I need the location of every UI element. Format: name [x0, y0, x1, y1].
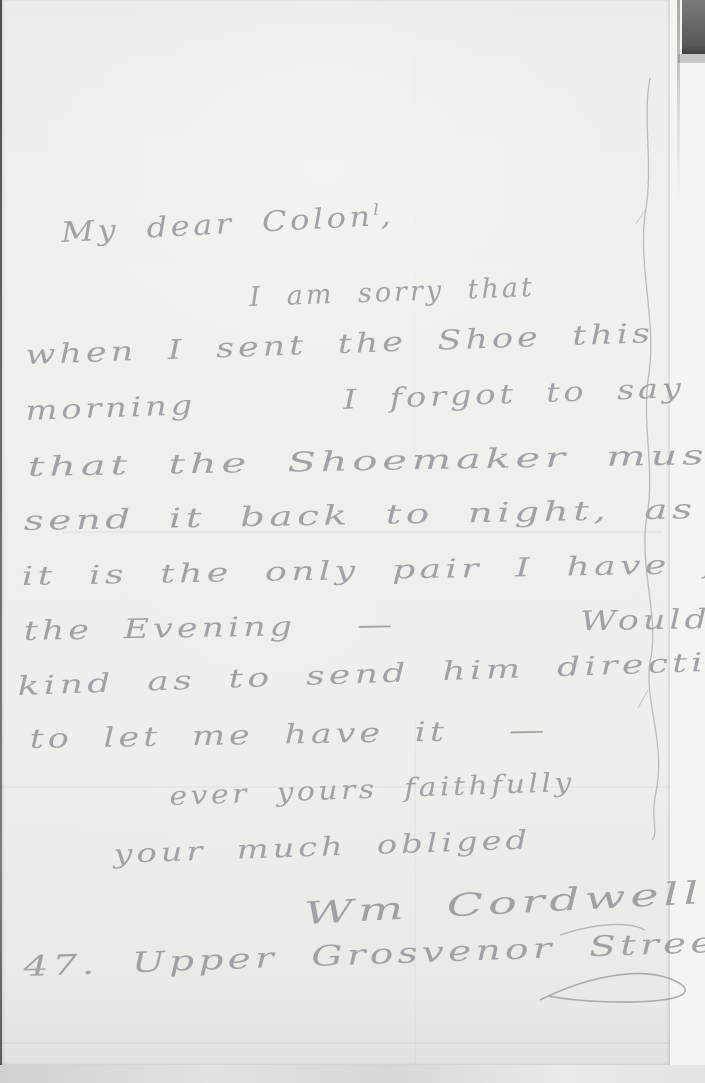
- scan-left-edge: [0, 0, 2, 1083]
- scanned-letter-page: My dear Colonl, I am sorry that when I s…: [0, 0, 705, 1083]
- sheet-right-edge-shadow: [677, 0, 680, 200]
- horizontal-fold-crease: [2, 1042, 670, 1044]
- scan-top-right-dark-corner: [682, 0, 705, 54]
- scan-top-right-band: [678, 54, 705, 63]
- salutation-comma: ,: [379, 199, 394, 233]
- scan-bottom-band: [0, 1065, 705, 1083]
